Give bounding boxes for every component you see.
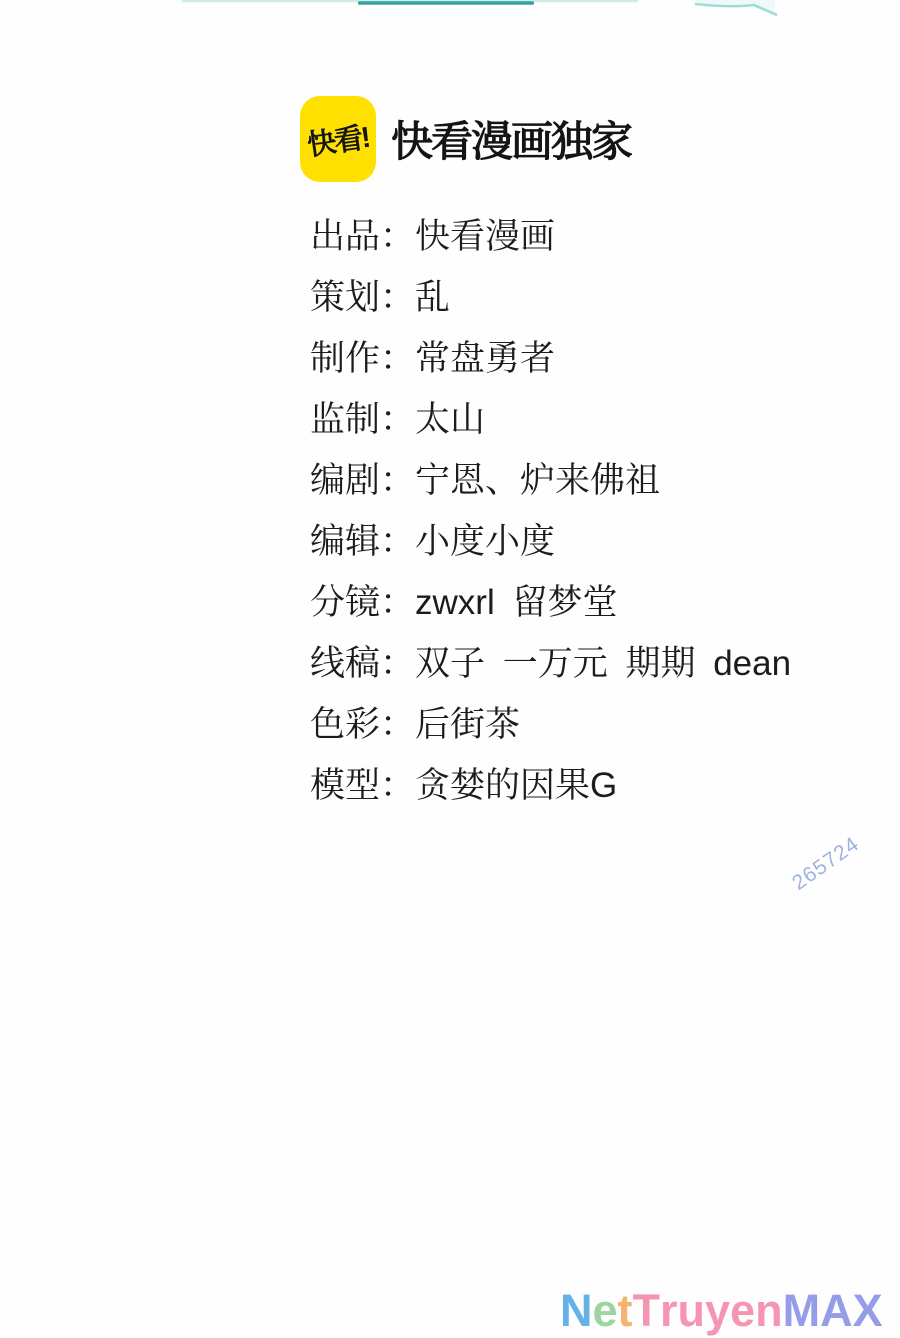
credit-label: 出品： xyxy=(310,217,415,256)
credit-label: 监制： xyxy=(310,400,415,439)
credit-value: 宁恩、炉来佛祖 xyxy=(415,461,660,500)
credit-row-moxing: 模型：贪婪的因果G xyxy=(310,755,791,816)
credit-value: 太山 xyxy=(415,400,485,439)
credit-row-zhizuo: 制作：常盘勇者 xyxy=(310,328,791,389)
site-watermark-letter: T xyxy=(633,1285,661,1337)
page-id-watermark: 265724 xyxy=(788,832,864,895)
site-watermark-letter: n xyxy=(755,1285,783,1337)
credit-label: 模型： xyxy=(310,766,415,805)
site-watermark-letter: r xyxy=(660,1285,678,1337)
kuaikan-logo-text: 快看! xyxy=(305,114,372,163)
site-watermark-letter: M xyxy=(783,1285,821,1337)
credit-label: 策划： xyxy=(310,278,415,317)
site-watermark-letter: t xyxy=(618,1285,633,1337)
credit-row-jianzhi: 监制：太山 xyxy=(310,389,791,450)
kuaikan-logo: 快看! xyxy=(300,96,376,182)
page-title: 快看漫画独家 xyxy=(391,109,631,169)
comic-credits-page: 快看! 快看漫画独家 出品：快看漫画 策划：乱 制作：常盘勇者 监制：太山 编剧… xyxy=(0,0,900,1338)
site-watermark-letter: e xyxy=(593,1285,618,1337)
credit-label: 分镜： xyxy=(310,583,415,622)
credit-value: 乱 xyxy=(415,278,450,317)
credit-label: 线稿： xyxy=(310,644,415,683)
credits-list: 出品：快看漫画 策划：乱 制作：常盘勇者 监制：太山 编剧：宁恩、炉来佛祖 编辑… xyxy=(310,206,791,816)
site-watermark-letter: y xyxy=(705,1285,730,1337)
credit-value: zwxrl 留梦堂 xyxy=(415,583,617,622)
credit-value: 贪婪的因果G xyxy=(415,766,617,805)
credit-label: 编辑： xyxy=(310,522,415,561)
credit-row-xiangao: 线稿：双子 一万元 期期 dean xyxy=(310,633,791,694)
site-watermark-letter: N xyxy=(560,1285,593,1337)
credit-row-chuban: 出品：快看漫画 xyxy=(310,206,791,267)
credit-label: 制作： xyxy=(310,339,415,378)
site-watermark: NetTruyenMAX xyxy=(560,1285,883,1337)
header: 快看! 快看漫画独家 xyxy=(300,94,631,184)
credit-row-cehua: 策划：乱 xyxy=(310,267,791,328)
credit-label: 编剧： xyxy=(310,461,415,500)
site-watermark-letter: X xyxy=(853,1285,883,1337)
credit-value: 快看漫画 xyxy=(415,217,555,256)
credit-row-secai: 色彩：后街茶 xyxy=(310,694,791,755)
site-watermark-letter: u xyxy=(678,1285,706,1337)
credit-value: 双子 一万元 期期 dean xyxy=(415,644,791,683)
site-watermark-letter: A xyxy=(820,1285,853,1337)
site-watermark-letter: e xyxy=(730,1285,755,1337)
dark-teal-line xyxy=(358,1,534,5)
credit-label: 色彩： xyxy=(310,705,415,744)
credit-row-bianji: 编辑：小度小度 xyxy=(310,511,791,572)
credit-value: 后街茶 xyxy=(415,705,520,744)
credit-value: 常盘勇者 xyxy=(415,339,555,378)
credit-row-fenjing: 分镜：zwxrl 留梦堂 xyxy=(310,572,791,633)
credit-row-bianju: 编剧：宁恩、炉来佛祖 xyxy=(310,450,791,511)
top-panel-edge-decoration xyxy=(0,0,900,20)
credit-value: 小度小度 xyxy=(415,522,555,561)
